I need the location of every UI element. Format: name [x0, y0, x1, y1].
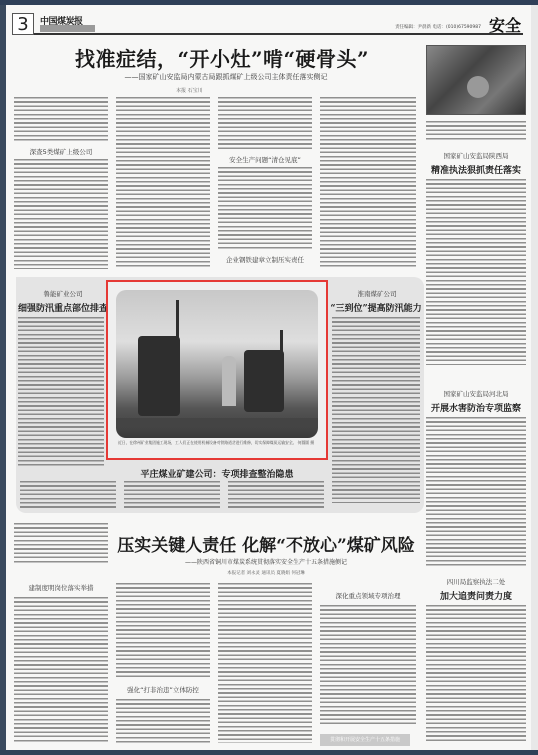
machine-pole: [176, 300, 179, 410]
right-kicker: 国家矿山安监局陕西局: [426, 151, 526, 160]
article-text: [124, 481, 220, 509]
section-title: 安全: [489, 13, 521, 36]
scrollbar[interactable]: [531, 5, 538, 750]
rail-track: [116, 418, 318, 426]
photo-caption: 近日，在徐州矿业集团施工现场，工人们正在使用机械设备对铁路道岔进行维修，切实保障…: [118, 440, 318, 445]
main-subhead: ——国家矿山安监局内蒙古局跟抓煤矿上级公司主体责任落实侧记: [86, 72, 366, 82]
article-subhead: 建制度明岗位落实举措: [14, 583, 108, 592]
feature-headline: “三到位”提高防汛能力: [328, 301, 424, 314]
second-subhead: ——陕西省铜川市煤炭系统贯彻落实安全生产十五条措施侧记: [126, 557, 406, 566]
article-text: [218, 167, 312, 251]
main-headline: 找准症结，“开小灶”啃“硬骨头”: [62, 43, 382, 72]
page-number: 3: [12, 13, 34, 35]
article-text: [332, 317, 420, 503]
article-subhead: 安全生产问题“清仓见底”: [218, 155, 312, 164]
article-text: [14, 97, 108, 141]
right-headline: 加大追责问责力度: [426, 589, 526, 602]
date-strip: [40, 25, 95, 32]
feature-kicker: 鲁能矿业公司: [18, 289, 108, 298]
article-text: [116, 583, 210, 679]
article-text: [218, 583, 312, 743]
second-headline: 压实关键人责任 化解“不放心”煤矿风险: [116, 531, 416, 556]
right-photo-caption: [426, 121, 526, 141]
article-subhead: 深化重点领域专项治理: [320, 591, 416, 600]
editor-line: 责任编辑：尹晨新 电话：(010)67590987: [395, 24, 481, 30]
machine-left: [138, 336, 180, 416]
highlighted-photo-frame[interactable]: 近日，在徐州矿业集团施工现场，工人们正在使用机械设备对铁路道岔进行维修，切实保障…: [106, 280, 328, 460]
newspaper-page: 3 中国煤炭报 责任编辑：尹晨新 电话：(010)67590987 安全 找准症…: [6, 5, 531, 750]
viewer-bottom-bar: [0, 750, 538, 755]
article-subhead: 深查5类煤矿上级公司: [14, 147, 108, 156]
right-photo: [426, 45, 526, 115]
article-text: [18, 317, 104, 467]
main-byline: 本报 石宝川: [176, 87, 203, 94]
masthead: 3 中国煤炭报 责任编辑：尹晨新 电话：(010)67590987 安全: [12, 13, 523, 35]
article-text: [14, 523, 108, 565]
second-byline: 本报记者 刘永灵 通讯员 夏晓娟 何冠琳: [156, 570, 376, 576]
right-headline: 开展水害防治专项监察: [426, 401, 526, 414]
machine-pole: [280, 330, 283, 410]
feature-headline: 细强防汛重点部位排查: [18, 301, 108, 314]
article-text: [426, 605, 526, 743]
article-text: [320, 605, 416, 725]
article-text: [14, 159, 108, 269]
article-text: [426, 417, 526, 567]
feature-kicker: 淮南煤矿公司: [332, 289, 422, 298]
machine-right: [244, 350, 284, 412]
article-text: [426, 179, 526, 365]
right-kicker: 四川局监察执法二处: [426, 577, 526, 586]
article-text: [116, 699, 210, 743]
track-machine-photo: [116, 290, 318, 438]
article-text: [320, 97, 416, 267]
article-text: [218, 97, 312, 151]
article-text: [228, 481, 324, 509]
article-subhead: 企业钢铁建章立制压实责任: [218, 255, 312, 264]
article-text: [20, 481, 116, 509]
right-headline: 精准执法狠抓责任落实: [426, 163, 526, 176]
right-kicker: 国家矿山安监局河北局: [426, 389, 526, 398]
feature-headline: 平庄煤业矿建公司：专项排查整治隐患: [106, 467, 328, 480]
footer-tag: 贯彻和开展安全生产十五条措施: [320, 734, 410, 746]
worker: [222, 356, 236, 406]
article-subhead: 强化“打非治违”立体防控: [116, 685, 210, 694]
article-text: [116, 97, 210, 267]
article-text: [14, 597, 108, 743]
